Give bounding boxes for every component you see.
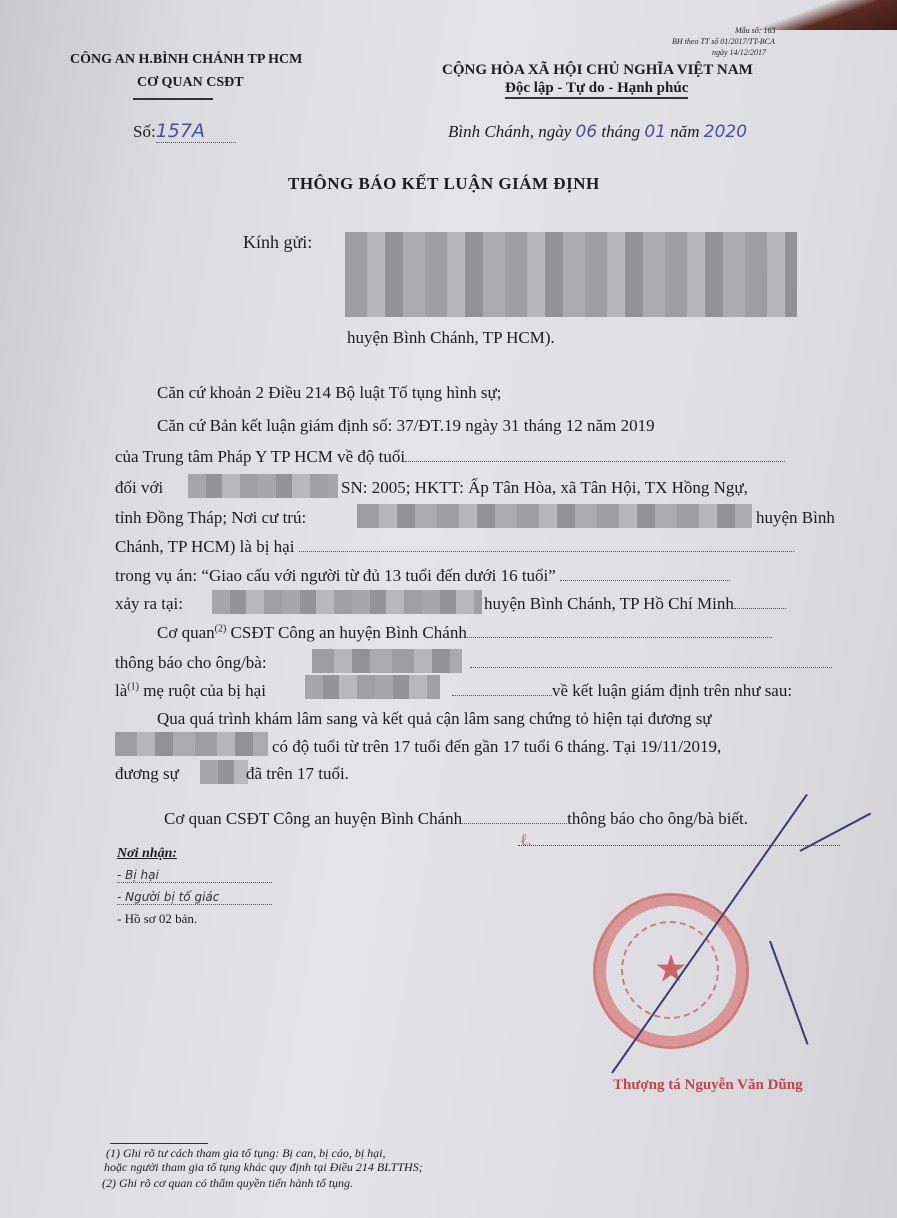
basis-2: Căn cứ Bản kết luận giám định số: 37/ĐT.… [157, 416, 655, 436]
result-2: có độ tuổi từ trên 17 tuổi đến gần 17 tu… [272, 737, 721, 757]
recipient-item: - Bị hại [117, 868, 272, 884]
notify-line: thông báo cho ông/bà: [115, 653, 267, 673]
redacted-residence [357, 504, 752, 528]
header-underline [133, 98, 213, 100]
result-3-prefix: đương sự [115, 764, 179, 784]
residence-suffix: huyện Bình [756, 508, 835, 528]
footnote-1-cont: hoặc người tham gia tố tụng khác quy địn… [104, 1160, 423, 1175]
form-number: Mẫu số: 163 [735, 26, 775, 35]
official-stamp: ★ [593, 893, 749, 1049]
notify-dots [470, 653, 832, 673]
country-name: CỘNG HÒA XÃ HỘI CHỦ NGHĨA VIỆT NAM [442, 62, 753, 79]
redacted-party-name [115, 732, 268, 756]
relation-suffix: về kết luận giám định trên như sau: [452, 681, 792, 701]
footnote-rule [110, 1143, 208, 1144]
motto: Độc lập - Tự do - Hạnh phúc [505, 80, 688, 99]
case-line: trong vụ án: “Giao cấu với người từ đủ 1… [115, 566, 730, 586]
recipients-label: Nơi nhận: [117, 846, 177, 862]
number-value: 157A [156, 120, 236, 143]
residence-prefix: tỉnh Đồng Tháp; Nơi cư trú: [115, 508, 306, 528]
form-basis: BH theo TT số 01/2017/TT-BCA [672, 37, 775, 46]
red-handwriting: ℓ. [520, 832, 600, 856]
redacted-party-name-2 [200, 760, 248, 784]
recipient-label: Kính gửi: [243, 232, 312, 253]
subject-info: SN: 2005; HKTT: Ấp Tân Hòa, xã Tân Hội, … [341, 478, 748, 498]
document-number: Số:157A [133, 120, 236, 143]
subject-prefix: đối với [115, 478, 163, 498]
date-line: Bình Chánh, ngày 06 tháng 01 năm 2020 [448, 122, 747, 142]
closing-line: Cơ quan CSĐT Công an huyện Bình Chánhthô… [164, 809, 748, 829]
redacted-victim-name [305, 675, 440, 699]
location-prefix: xảy ra tại: [115, 594, 183, 614]
result-1: Qua quá trình khám lâm sang và kết quả c… [157, 709, 712, 729]
footnote-1: (1) Ghi rõ tư cách tham gia tố tụng: Bị … [106, 1146, 386, 1161]
relation-line: là(1) mẹ ruột của bị hại [115, 681, 266, 701]
basis-1: Căn cứ khoản 2 Điều 214 Bộ luật Tố tụng … [157, 383, 501, 403]
recipient-address: huyện Bình Chánh, TP HCM). [347, 328, 555, 348]
victim-line: Chánh, TP HCM) là bị hại [115, 537, 794, 557]
redacted-location [212, 590, 482, 614]
signer-name: Thượng tá Nguyễn Văn Dũng [613, 1077, 803, 1094]
document-title: THÔNG BÁO KẾT LUẬN GIÁM ĐỊNH [288, 174, 600, 194]
redacted-recipient [345, 232, 797, 317]
footnote-2: (2) Ghi rõ cơ quan có thẩm quyền tiến hà… [102, 1176, 353, 1191]
basis-2-cont: của Trung tâm Pháp Y TP HCM về độ tuổi [115, 447, 785, 467]
agency-line: Cơ quan(2) CSĐT Công an huyện Bình Chánh [157, 623, 772, 643]
recipient-item: - Hồ sơ 02 bản. [117, 911, 197, 927]
department-name: CƠ QUAN CSĐT [137, 75, 244, 91]
signature-stroke [769, 941, 809, 1045]
redacted-subject-name [188, 474, 338, 498]
redacted-parent-name [312, 649, 462, 673]
form-date: ngày 14/12/2017 [712, 48, 766, 57]
location-suffix: huyện Bình Chánh, TP Hồ Chí Minh [484, 594, 786, 614]
recipient-item: - Người bị tố giác [117, 890, 272, 906]
agency-name: CÔNG AN H.BÌNH CHÁNH TP HCM [70, 52, 302, 68]
result-3-suffix: đã trên 17 tuổi. [246, 764, 349, 784]
